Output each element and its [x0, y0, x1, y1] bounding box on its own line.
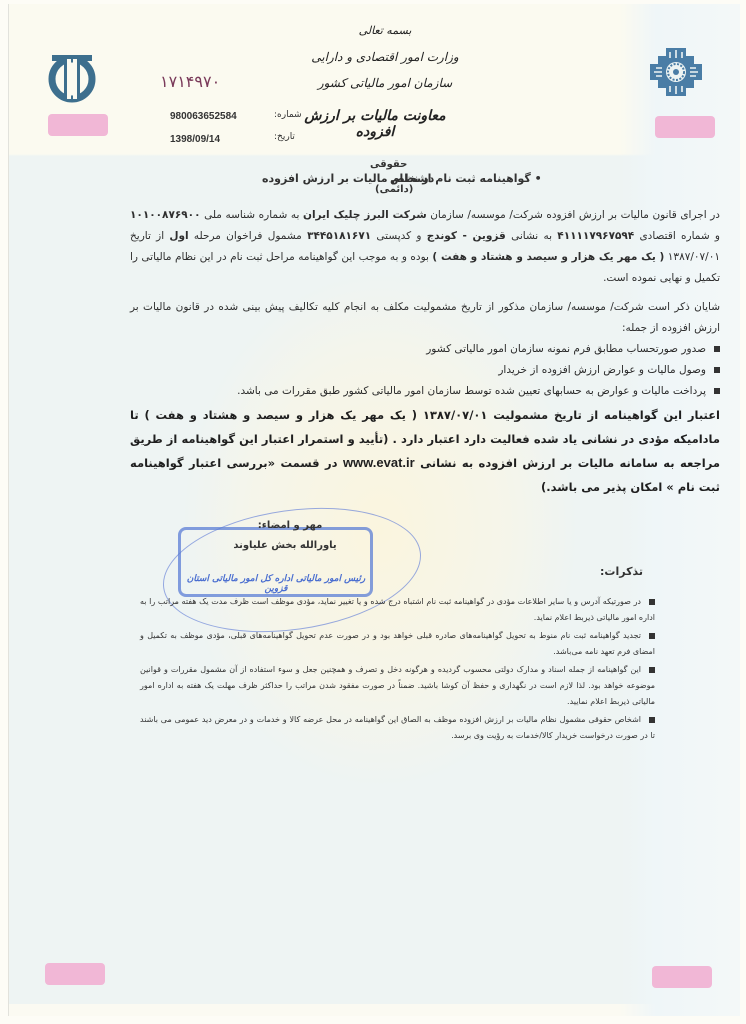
tax-emblem-logo — [46, 52, 98, 104]
security-tag — [655, 116, 715, 138]
security-band — [620, 4, 740, 1016]
date-in-words: ( یک مهر یک هزار و سیصد و هشتاد و هفت ) — [432, 251, 664, 263]
stamp-text: رئیس امور مالیاتی اداره کل امور مالیاتی … — [182, 574, 370, 594]
ministry-name: وزارت امور اقتصادی و دارایی — [300, 50, 470, 64]
security-tag — [48, 114, 108, 136]
organization-name: سازمان امور مالیاتی کشور — [300, 76, 470, 90]
date-label: تاریخ: — [274, 132, 295, 142]
certificate-title-suffix: در نظام مالیات بر ارزش افزوده — [262, 172, 434, 185]
obligations-paragraph: شایان ذکر است شرکت/ موسسه/ سازمان مذکور … — [130, 297, 720, 339]
document-date: 1398/09/14 — [170, 134, 220, 145]
list-item: پرداخت مالیات و عوارض به حسابهای تعیین ش… — [160, 381, 720, 402]
department-name: معاونت مالیات بر ارزش افزوده — [290, 108, 460, 140]
security-tag — [652, 966, 712, 988]
certificate-duration: (دائمی) — [375, 184, 413, 195]
list-item: تجدید گواهینامه ثبت نام منوط به تحویل گو… — [140, 628, 655, 660]
address: قزوین - کوندج — [427, 230, 506, 242]
company-name: شرکت البرز چلیک ایران — [303, 209, 427, 221]
signatory-name: یاورالله بخش علیاوند — [220, 540, 350, 551]
stage: اول — [169, 230, 188, 242]
evat-link[interactable]: www.evat.ir — [343, 455, 415, 470]
list-item: اشخاص حقوقی مشمول نظام مالیات بر ارزش اف… — [140, 712, 655, 744]
invocation: بسمه تعالی — [330, 24, 440, 37]
validity-paragraph: اعتبار این گواهینامه از تاریخ مشمولیت ۱۳… — [130, 403, 720, 499]
serial-number: ۱۷۱۴۹۷۰ — [160, 72, 220, 91]
entity-type: حقوقی — [370, 159, 407, 170]
number-label: شماره: — [274, 110, 302, 120]
document-number: 980063652584 — [170, 111, 237, 122]
signature-label: مهر و امضاء: — [240, 520, 340, 531]
economic-number: ۴۱۱۱۱۷۹۶۷۵۹۴ — [557, 230, 634, 242]
ministry-emblem-logo — [650, 46, 702, 98]
registration-paragraph: در اجرای قانون مالیات بر ارزش افزوده شرک… — [130, 205, 720, 289]
list-item: در صورتیکه آدرس و یا سایر اطلاعات مؤدی د… — [140, 594, 655, 626]
notes-list: در صورتیکه آدرس و یا سایر اطلاعات مؤدی د… — [140, 594, 655, 746]
obligations-list: صدور صورتحساب مطابق فرم نمونه سازمان امو… — [160, 339, 720, 402]
postal-code: ۳۴۴۵۱۸۱۶۷۱ — [307, 230, 371, 242]
security-tag — [45, 963, 105, 985]
list-item: این گواهینامه از جمله اسناد و مدارک دولت… — [140, 662, 655, 710]
list-item: وصول مالیات و عوارض ارزش افزوده از خریدا… — [160, 360, 720, 381]
list-item: صدور صورتحساب مطابق فرم نمونه سازمان امو… — [160, 339, 720, 360]
notes-title: تذکرات: — [600, 565, 643, 578]
national-id: ۱۰۱۰۰۸۷۶۹۰۰ — [130, 209, 201, 221]
